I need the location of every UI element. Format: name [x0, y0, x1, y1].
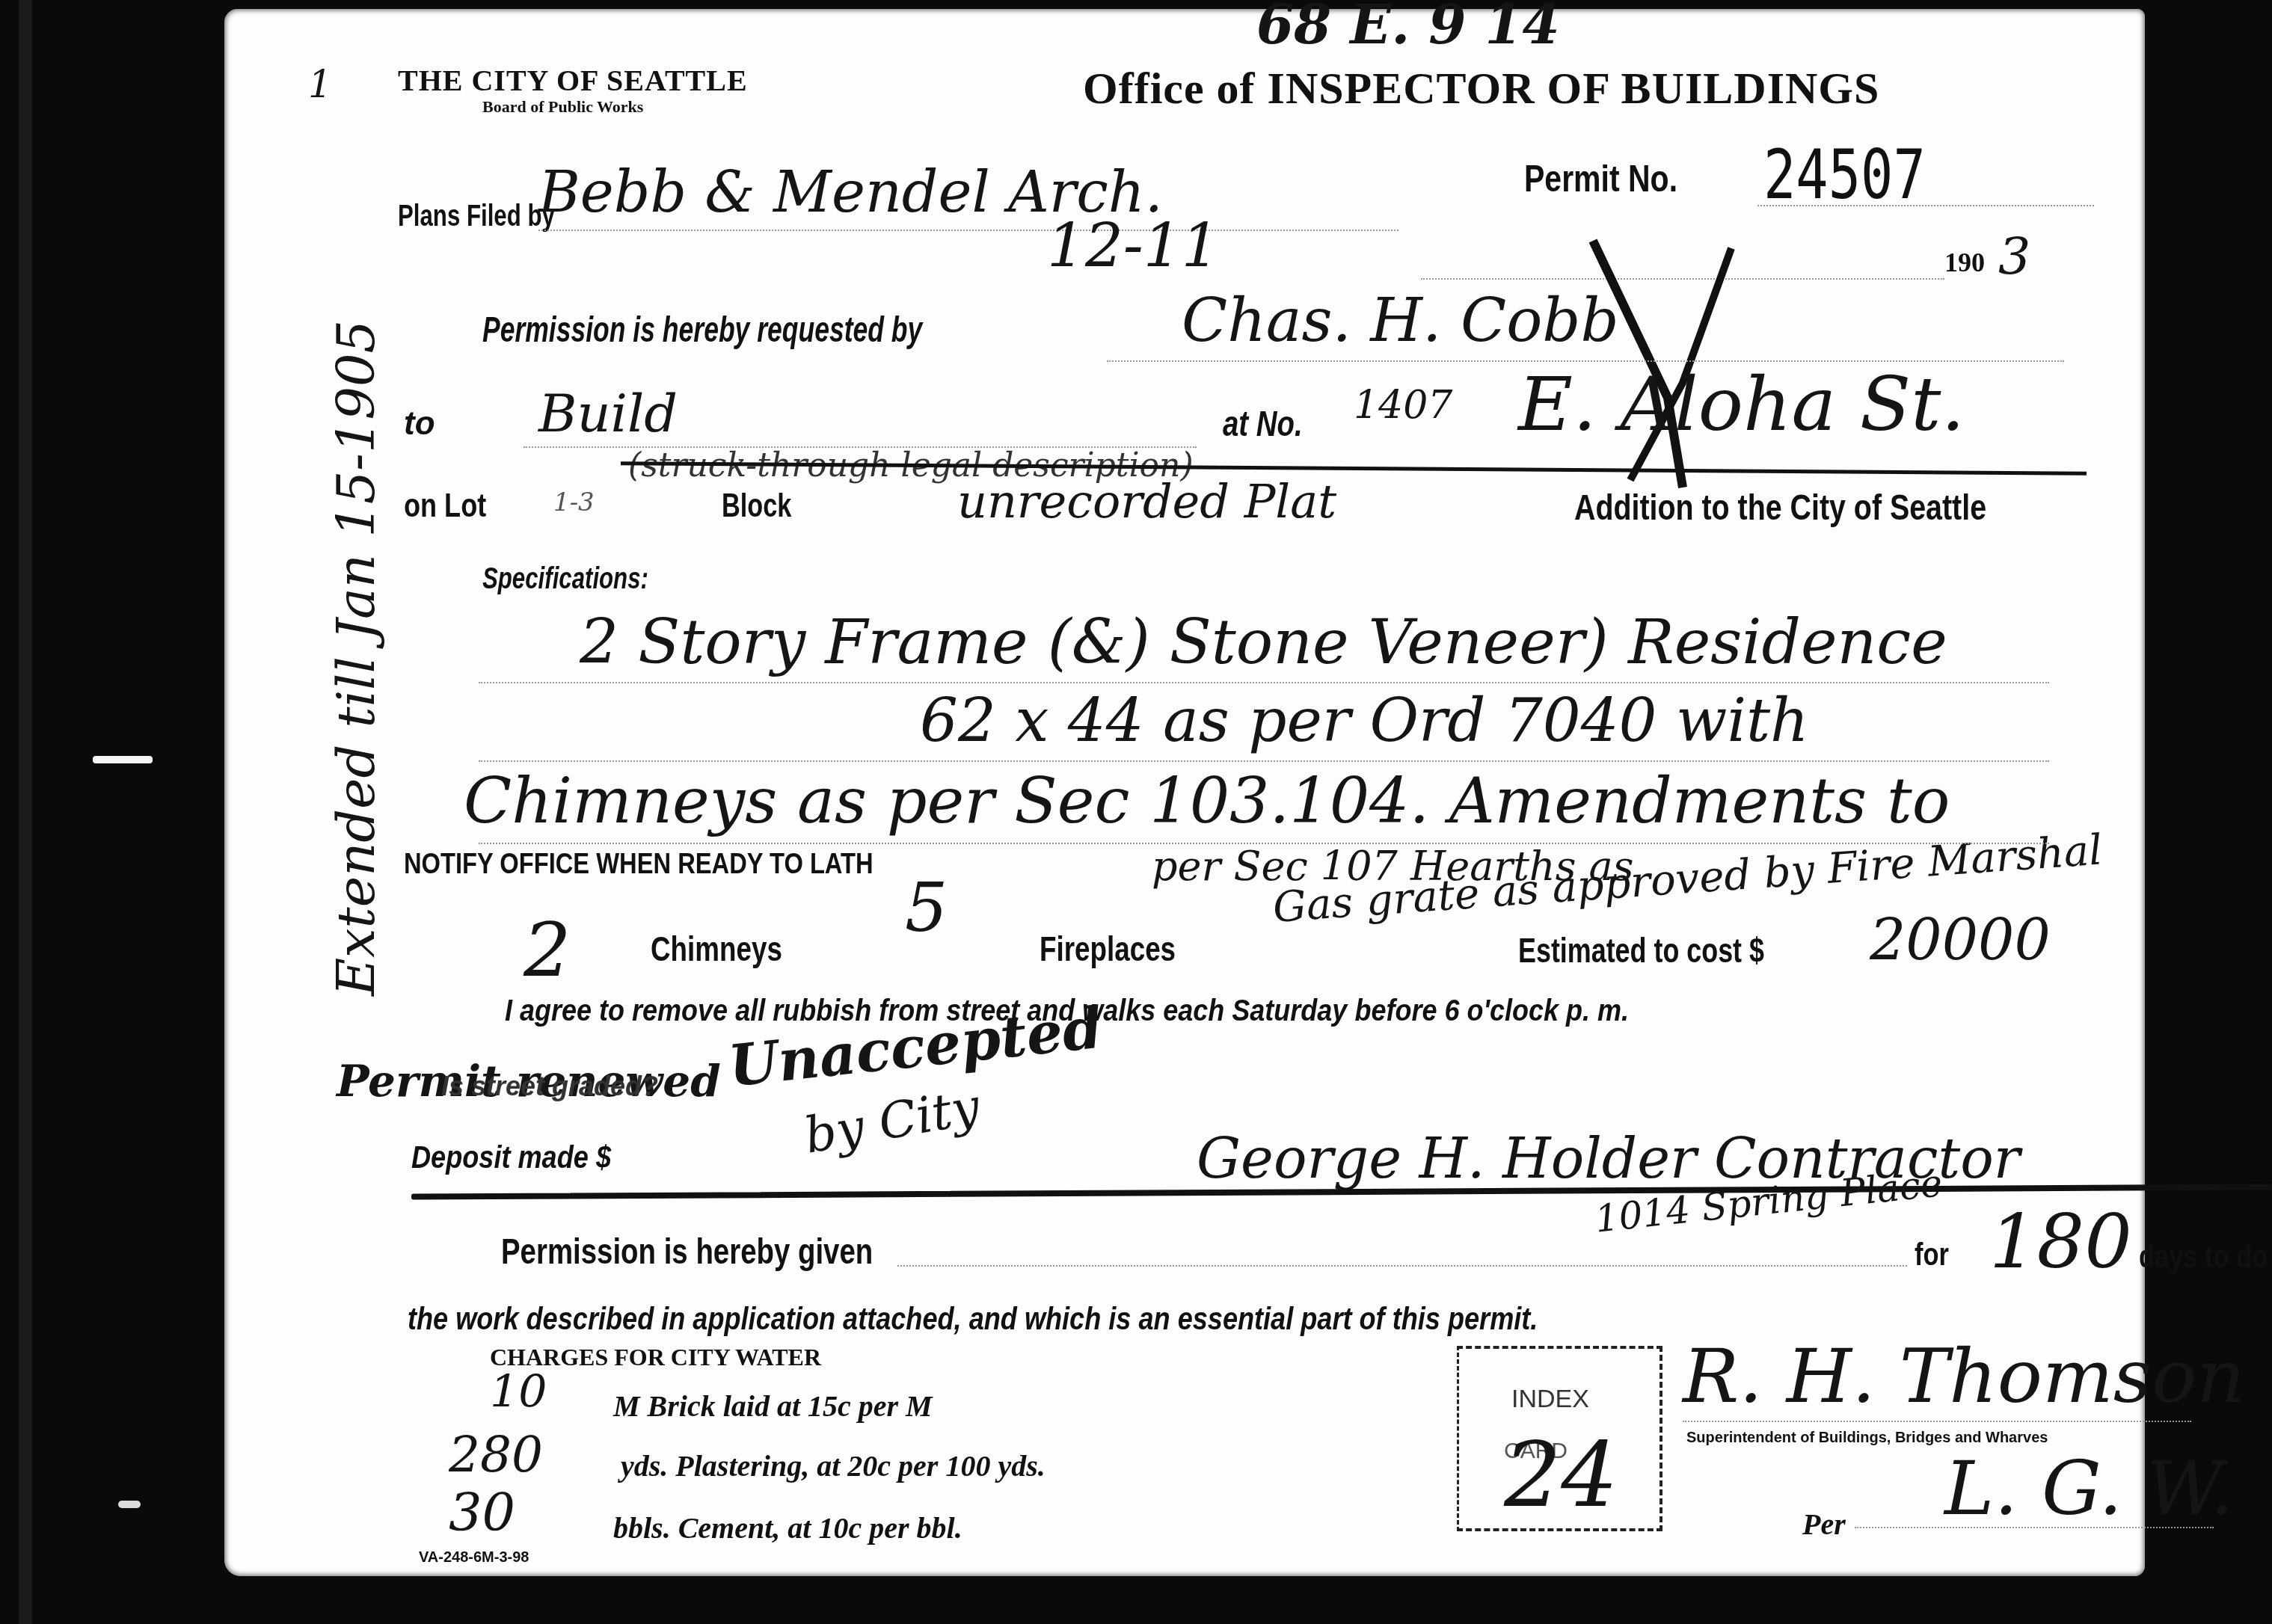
superintendent-signature: R. H. Thomson — [1683, 1332, 2245, 1420]
permit-terms: the work described in application attach… — [408, 1301, 1538, 1337]
per-initials: L. G. W. — [1944, 1445, 2234, 1532]
cost-value: 20000 — [1870, 906, 2051, 973]
cost-label: Estimated to cost $ — [1518, 930, 1764, 971]
to-label: to — [404, 405, 435, 443]
cement-qty: 30 — [449, 1482, 515, 1543]
margin-extension-note: Extended till Jan 15-1905 — [325, 320, 387, 996]
index-card-stamp: INDEX CARD 24 — [1457, 1346, 1662, 1531]
fireplaces-label: Fireplaces — [1040, 929, 1176, 969]
cement-text: bbls. Cement, at 10c per bbl. — [613, 1510, 962, 1545]
requester-name: Chas. H. Cobb — [1182, 286, 1619, 355]
scan-artifact-blob — [118, 1501, 141, 1508]
margin-year-mark: 1 — [308, 63, 332, 106]
plaster-qty: 280 — [449, 1426, 543, 1483]
index-label: INDEX — [1511, 1385, 1589, 1414]
index-number: 24 — [1504, 1424, 1618, 1528]
spec-line-1: 2 Story Frame (&) Stone Veneer) Residenc… — [580, 607, 1947, 678]
form-code: VA-248-6M-3-98 — [419, 1549, 529, 1566]
brick-qty: 10 — [490, 1366, 547, 1418]
request-label: Permission is hereby requested by — [482, 310, 922, 351]
plaster-text: yds. Plastering, at 20c per 100 yds. — [621, 1448, 1046, 1483]
date-value: 12-11 — [1047, 211, 1220, 280]
spec-line-3: Chimneys as per Sec 103.104. Amendments … — [464, 764, 1950, 837]
street-graded-note: by City — [800, 1077, 984, 1165]
notify-notice: NOTIFY OFFICE WHEN READY TO LATH — [404, 849, 874, 881]
for-label: for — [1915, 1237, 1949, 1273]
board-subtitle: Board of Public Works — [482, 97, 643, 117]
plans-filed-label: Plans Filed by — [398, 200, 555, 233]
per-label: Per — [1802, 1507, 1846, 1542]
scan-border-streak — [19, 0, 32, 1624]
permit-days: 180 — [1989, 1198, 2132, 1285]
scan-artifact-mark — [93, 756, 153, 763]
year-written: 3 — [1998, 227, 2030, 286]
deposit-label: Deposit made $ — [411, 1139, 611, 1175]
year-printed: 190 — [1944, 247, 1985, 278]
permit-number: 24507 — [1763, 136, 1926, 215]
specifications-label: Specifications: — [482, 562, 648, 596]
permit-number-label: Permit No. — [1524, 157, 1677, 200]
days-label: days to do — [2139, 1239, 2268, 1275]
fireplaces-count: 5 — [905, 869, 948, 947]
permission-given-label: Permission is hereby given — [501, 1231, 873, 1273]
address-street: E. Aloha St. — [1518, 360, 1965, 448]
at-no-label: at No. — [1223, 404, 1303, 445]
lot-label: on Lot — [404, 487, 486, 525]
street-graded-label: Is street graded? — [441, 1071, 658, 1102]
addition-suffix: Addition to the City of Seattle — [1574, 487, 1986, 529]
block-label: Block — [722, 487, 791, 525]
block-value: unrecorded Plat — [957, 474, 1336, 529]
permit-document: 68 E. 9 14 THE CITY OF SEATTLE Board of … — [224, 9, 2145, 1576]
handwritten-reference: 68 E. 9 14 — [1256, 0, 1560, 56]
address-number: 1407 — [1354, 383, 1452, 428]
city-title: THE CITY OF SEATTLE — [398, 63, 748, 98]
office-title: Office of INSPECTOR OF BUILDINGS — [1083, 63, 1879, 114]
to-value: Build — [538, 383, 678, 444]
chimneys-count: 2 — [524, 906, 571, 994]
brick-text: M Brick laid at 15c per M — [613, 1388, 933, 1424]
spec-line-2: 62 x 44 as per Ord 7040 with — [920, 686, 1809, 755]
chimneys-label: Chimneys — [651, 929, 782, 969]
lot-value: 1-3 — [553, 487, 595, 517]
